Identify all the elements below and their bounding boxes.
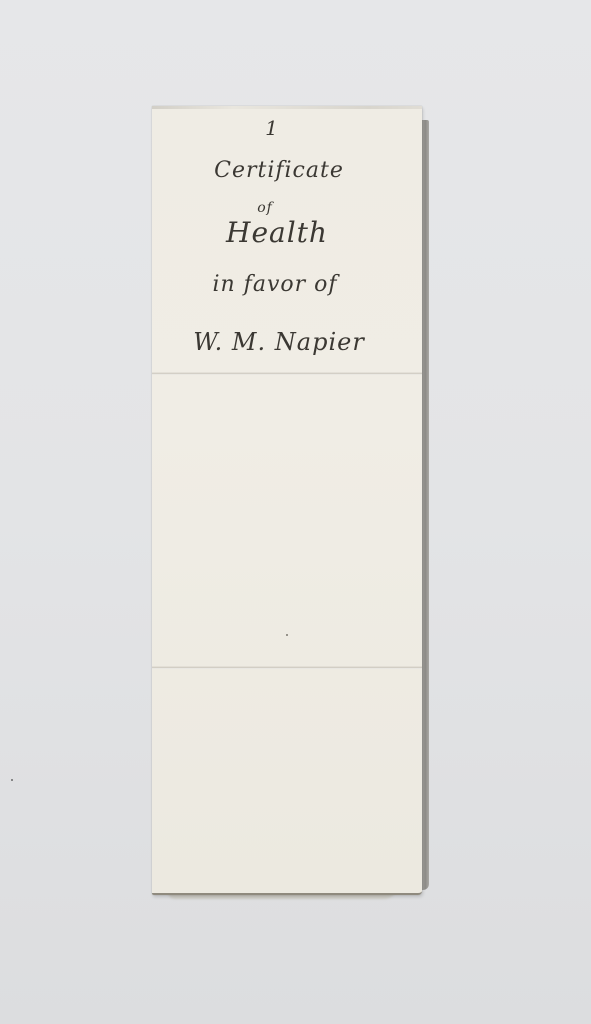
title-line-certificate: Certificate xyxy=(144,158,414,183)
title-line-health: Health xyxy=(142,216,412,249)
folded-certificate: 1 Certificate of Health in favor of W. M… xyxy=(152,106,422,895)
docket-number: 1 xyxy=(137,116,407,140)
title-line-of: of xyxy=(130,200,400,216)
recipient-name: W. M. Napier xyxy=(144,328,414,356)
fold-crease-upper xyxy=(152,372,422,375)
paper-speck xyxy=(286,634,288,636)
document-top-edge xyxy=(152,106,422,109)
dust-speck xyxy=(11,779,13,781)
fold-crease-lower xyxy=(152,666,422,669)
title-line-in-favor-of: in favor of xyxy=(140,272,410,297)
